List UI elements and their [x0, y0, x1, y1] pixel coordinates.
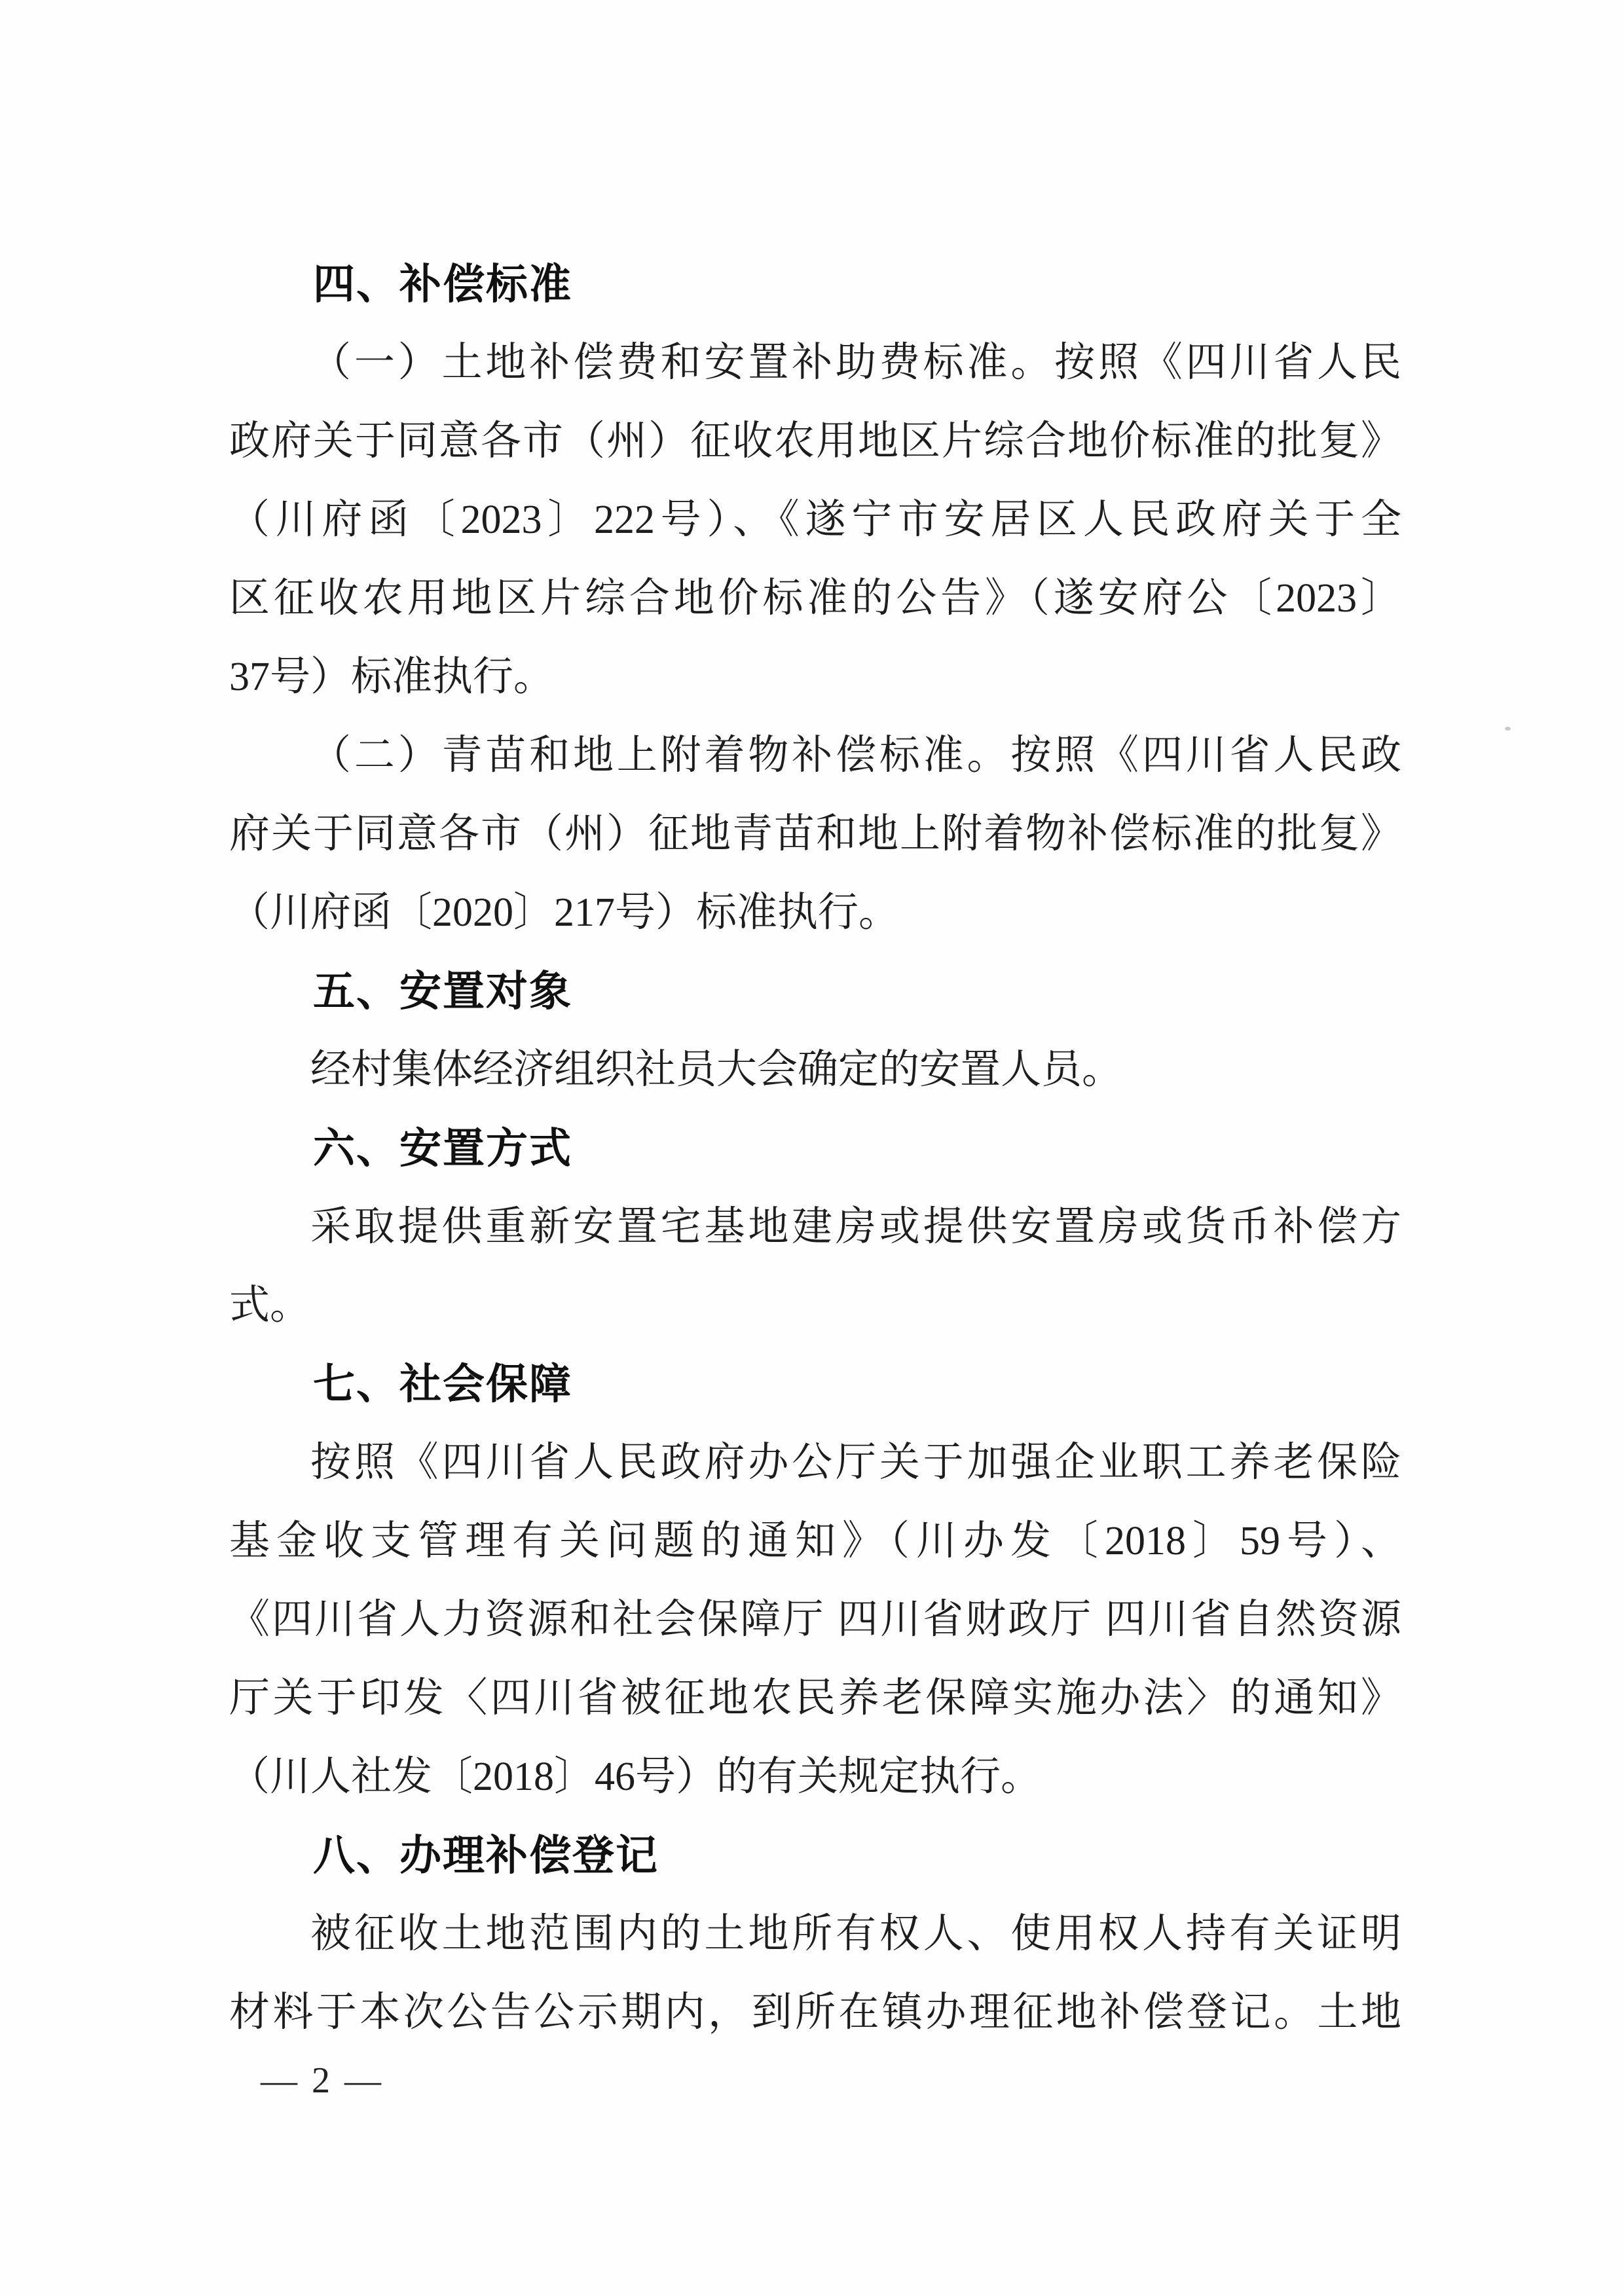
heading-social-security: 七、社会保障 [229, 1345, 1401, 1423]
page-number: — 2 — [261, 2062, 384, 2099]
para-line: （一）土地补偿费和安置补助费标准。按照《四川省人民 [229, 323, 1401, 402]
document-body: 四、补偿标准 （一）土地补偿费和安置补助费标准。按照《四川省人民 政府关于同意各… [229, 245, 1401, 2052]
heading-compensation-standards: 四、补偿标准 [229, 245, 1401, 323]
para-line: （川人社发〔2018〕46号）的有关规定执行。 [229, 1738, 1401, 1816]
para-line: 区征收农用地区片综合地价标准的公告》（遂安府公〔2023〕 [229, 559, 1401, 638]
para-line: （川府函〔2023〕222号）、《遂宁市安居区人民政府关于全 [229, 481, 1401, 559]
para-line: 《四川省人力资源和社会保障厅 四川省财政厅 四川省自然资源 [229, 1580, 1401, 1659]
para-line: 被征收土地范围内的土地所有权人、使用权人持有关证明 [229, 1895, 1401, 1973]
para-line: 37号）标准执行。 [229, 638, 1401, 716]
para-line: 基金收支管理有关问题的通知》（川办发〔2018〕59号）、 [229, 1502, 1401, 1580]
para-line: 政府关于同意各市（州）征收农用地区片综合地价标准的批复》 [229, 402, 1401, 481]
heading-resettlement-targets: 五、安置对象 [229, 952, 1401, 1030]
para-line: 经村集体经济组织社员大会确定的安置人员。 [229, 1030, 1401, 1109]
para-line: 按照《四川省人民政府办公厅关于加强企业职工养老保险 [229, 1423, 1401, 1502]
para-line: 材料于本次公告公示期内，到所在镇办理征地补偿登记。土地 [229, 1973, 1401, 2052]
para-line: 府关于同意各市（州）征地青苗和地上附着物补偿标准的批复》 [229, 795, 1401, 873]
para-line: （川府函〔2020〕217号）标准执行。 [229, 873, 1401, 952]
para-line: 采取提供重新安置宅基地建房或提供安置房或货币补偿方 [229, 1188, 1401, 1266]
para-line: 式。 [229, 1266, 1401, 1345]
heading-compensation-registration: 八、办理补偿登记 [229, 1816, 1401, 1895]
para-line: （二）青苗和地上附着物补偿标准。按照《四川省人民政 [229, 716, 1401, 795]
heading-resettlement-method: 六、安置方式 [229, 1109, 1401, 1188]
scan-artifact-dot [1505, 727, 1511, 731]
scanned-document-page: 四、补偿标准 （一）土地补偿费和安置补助费标准。按照《四川省人民 政府关于同意各… [0, 0, 1624, 2296]
para-line: 厅关于印发〈四川省被征地农民养老保障实施办法〉的通知》 [229, 1659, 1401, 1738]
